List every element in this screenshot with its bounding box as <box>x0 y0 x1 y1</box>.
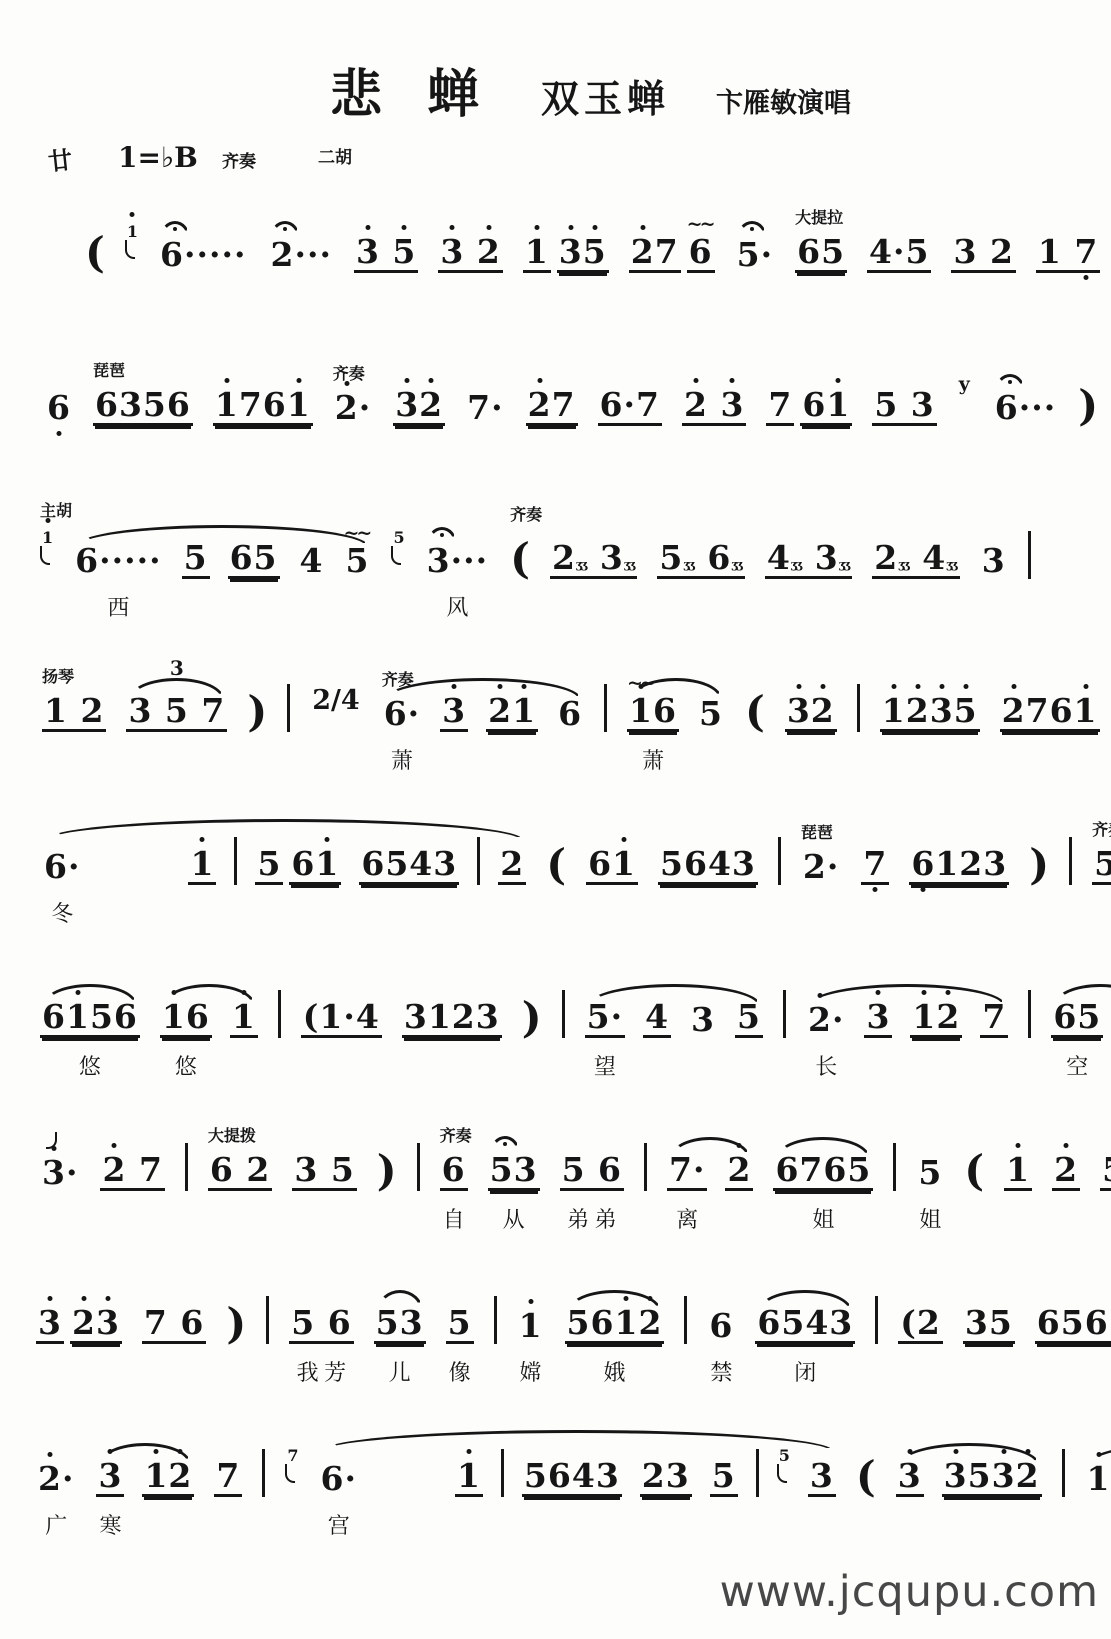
grace-note: 1 <box>125 224 138 259</box>
octave-dot-high <box>1016 1143 1021 1148</box>
note-char: 3 <box>395 390 419 420</box>
lyric-text: 悠 <box>79 1050 101 1081</box>
note-token: 4 <box>298 546 326 579</box>
tremolo-mark: ʒʒ <box>624 559 635 570</box>
tremolo-mark: ʒʒ <box>683 559 694 570</box>
note-group: 561 <box>255 849 341 885</box>
note-char: 2 <box>917 1308 941 1338</box>
note-char: 7 <box>239 390 263 420</box>
note-token: 2 <box>1052 1155 1080 1191</box>
note-char: 3 <box>898 1461 922 1491</box>
note-digits: 23 <box>70 1308 122 1344</box>
note-token: 65空 <box>1051 1002 1103 1038</box>
lyric-text: 西 <box>107 591 129 622</box>
parenthesis: ) <box>377 1153 397 1191</box>
note-group-slurred: 11321 <box>1085 1461 1111 1497</box>
note-digits: 6· <box>382 699 422 732</box>
note-token: 2 7 <box>100 1155 164 1191</box>
note-char: 6 <box>684 849 708 879</box>
note-char: 6 <box>911 849 935 879</box>
note-char: 5 <box>567 1308 591 1338</box>
note-char: 5 <box>385 849 409 879</box>
note-token: 2/4 <box>310 689 361 716</box>
octave-dot-high <box>891 684 896 689</box>
note-char: · <box>761 240 774 270</box>
note-char: 2 <box>811 696 835 726</box>
score-line-4: 扬琴1 233 5 7)2/4齐奏6·萧3216~~16萧5(321235276… <box>0 678 1111 732</box>
song-title: 悲 蝉 <box>330 52 495 127</box>
note-char: 6 <box>653 696 677 726</box>
note-digits: 5 <box>735 1002 763 1038</box>
note-token: (2 <box>898 1308 943 1344</box>
note-char: 3 <box>440 237 464 267</box>
note-char: 5 <box>291 1308 315 1338</box>
note-digits: 3 2 <box>951 237 1015 273</box>
note-char: 1 <box>614 1308 638 1338</box>
lyric-text: 娥 <box>603 1356 625 1387</box>
note-group-slurred: 6543闭 <box>755 1308 855 1344</box>
note-char: 3 <box>953 237 977 267</box>
octave-dot-high <box>325 837 330 842</box>
grace-note: 1主胡 <box>40 530 53 565</box>
note-token: (1·4 <box>301 1002 382 1038</box>
note-token: 2··· <box>268 240 333 273</box>
note-token: 32 <box>393 390 445 426</box>
note-char: · <box>476 546 489 576</box>
note-token: 3寒 <box>96 1461 124 1497</box>
note-token: 3 <box>896 1461 924 1497</box>
lyric-text: 宫 <box>328 1509 350 1540</box>
note-group-slurred: 6·冬156165432 <box>42 837 526 885</box>
note-char: 6 <box>180 1308 204 1338</box>
note-digits: 1761 <box>213 390 313 426</box>
note-char <box>168 1308 181 1338</box>
parenthesis: ) <box>522 1000 542 1038</box>
octave-dot-high <box>693 378 698 383</box>
parenthesis: ( <box>745 694 765 732</box>
note-char: 7 <box>655 237 679 267</box>
note-token: 3 5 <box>354 237 418 273</box>
lyric-text: 望 <box>594 1050 616 1081</box>
note-digits: 5 <box>710 1461 738 1497</box>
note-token: 3 2 <box>951 237 1015 273</box>
note-digits: 65 <box>795 237 847 273</box>
note-digits: 61 <box>800 390 852 426</box>
barline <box>234 837 237 885</box>
octave-dot-high <box>1011 684 1016 689</box>
note-group-slurred: 2·长3127 <box>806 1002 1008 1038</box>
parenthesis: ( <box>964 1153 984 1191</box>
note-char: 3 <box>514 1155 538 1185</box>
note-token: 1 <box>1085 1464 1111 1497</box>
note-char <box>152 696 165 726</box>
note-digits: 12 <box>142 1461 194 1497</box>
barline <box>1062 1449 1065 1497</box>
note-char: 1 <box>882 696 906 726</box>
note-char <box>898 390 911 420</box>
lyric-text: 儿 <box>389 1356 411 1387</box>
note-char: 5 <box>1077 1002 1101 1032</box>
instrument-label: 齐奏 <box>333 361 365 384</box>
note-digits: 3 5 7 <box>126 696 227 732</box>
note-char: 5 <box>737 240 761 270</box>
note-digits: 3· <box>40 1158 80 1191</box>
note-token: 齐奏6·萧 <box>382 699 422 732</box>
note-token: 5姐 <box>916 1158 944 1191</box>
note-char: · <box>832 1005 845 1035</box>
note-token: 3 <box>864 1002 892 1038</box>
note-char: 2 <box>500 849 524 879</box>
note-char <box>189 696 202 726</box>
note-char: 1 <box>215 390 239 420</box>
note-group-slurred: 6·宫1564323553 <box>318 1448 835 1497</box>
note-token: 4ʒʒ 3ʒʒ <box>765 543 852 579</box>
note-char: 2 <box>335 393 359 423</box>
note-char: 3 <box>400 1308 424 1338</box>
note-char: 5 <box>918 1158 942 1188</box>
note-char: 6 <box>210 1155 234 1185</box>
note-digits: 2· <box>333 393 373 426</box>
note-token: 5ʒʒ 6ʒʒ <box>657 543 744 579</box>
note-token: 2761 <box>1000 696 1100 732</box>
lyric-text: 长 <box>815 1050 837 1081</box>
note-char: · <box>137 546 150 576</box>
note-char: 6 <box>591 1308 615 1338</box>
octave-dot-high <box>105 1296 110 1301</box>
barline <box>1028 531 1031 579</box>
note-char: 3 <box>944 1461 968 1491</box>
note-char: 1 <box>612 849 636 879</box>
grace-note: 5 <box>777 1448 790 1483</box>
note-token: 3 <box>36 1308 64 1344</box>
note-char: 5 <box>659 543 683 573</box>
note-char <box>464 237 477 267</box>
score-line-8: 3237 6)5 6我 芳53儿5像1嫦5612娥6禁6543闭(2356561… <box>0 1290 1111 1344</box>
note-digits: 61 <box>289 849 341 885</box>
note-char: 4 <box>356 1002 380 1032</box>
lyric-text: 萧 <box>642 744 664 775</box>
note-char: 3 <box>732 849 756 879</box>
barline <box>857 684 860 732</box>
note-token: 5643 <box>522 1461 622 1497</box>
tremolo-mark: ʒʒ <box>898 559 909 570</box>
note-token: 2ʒʒ 4ʒʒ <box>872 543 959 579</box>
lyric-text: 自 <box>443 1203 465 1234</box>
parenthesis: ( <box>856 1459 876 1497</box>
note-token: 1 <box>523 237 551 273</box>
note-char: 6 <box>442 1155 466 1185</box>
note-char: 1 <box>1006 1155 1030 1185</box>
octave-dot-high <box>528 1299 533 1304</box>
note-char: 1 <box>162 1002 186 1032</box>
note-char: 6 <box>600 390 624 420</box>
note-char: 4 <box>922 543 946 573</box>
octave-dot-high <box>47 1296 52 1301</box>
note-char <box>695 543 708 573</box>
barline <box>494 1296 497 1344</box>
grace-hook-icon <box>285 1464 295 1483</box>
octave-dot-high <box>81 1296 86 1301</box>
note-char: 5 <box>165 696 189 726</box>
note-digits: 3··· <box>425 546 490 579</box>
note-token: 3· <box>40 1158 80 1191</box>
note-token: 6156悠 <box>40 1002 140 1038</box>
note-token: 5 <box>697 699 725 732</box>
note-char: 1 <box>1074 696 1098 726</box>
note-char <box>802 543 815 573</box>
note-token: 3 5 7 <box>126 696 227 732</box>
octave-dot-high <box>365 225 370 230</box>
note-char: 2 <box>808 1005 832 1035</box>
barline <box>756 1449 759 1497</box>
lyric-text: 我 芳 <box>297 1356 347 1387</box>
note-token: 6543 <box>359 849 459 885</box>
note-char: · <box>184 240 197 270</box>
note-char: 3 <box>476 1002 500 1032</box>
score-line-7: 3·2 7大提拨6 23 5)齐奏6自53从5 6弟 弟7·离26765姐5姐(… <box>0 1137 1111 1191</box>
note-digits: 6543 <box>755 1308 855 1344</box>
note-token: 5643 <box>658 849 758 885</box>
note-token: ~~6 <box>687 237 715 273</box>
note-char: 1 <box>512 696 536 726</box>
octave-dot-high <box>405 378 410 383</box>
lyric-text: 姐 <box>812 1203 834 1234</box>
note-char: 6 <box>44 852 68 882</box>
note-token: 扬琴1 2 <box>42 696 106 732</box>
note-token: 3 <box>808 1461 836 1497</box>
note-char: · <box>221 240 234 270</box>
tremolo-mark: ʒʒ <box>731 559 742 570</box>
note-char: · <box>408 699 421 729</box>
note-char: 5 <box>968 1461 992 1491</box>
note-group-slurred: 5·望435 <box>585 1002 763 1038</box>
note-digits: 6 <box>687 237 715 273</box>
note-char: 5 <box>1061 1308 1085 1338</box>
watermark-url: www.jcqupu.com <box>720 1567 1099 1617</box>
note-token: 齐奏2· <box>333 393 373 426</box>
octave-dot-high <box>817 993 822 998</box>
note-char: · <box>319 240 332 270</box>
note-char: 5 <box>490 1155 514 1185</box>
octave-dot-high <box>836 378 841 383</box>
note-digits: 7 <box>766 390 794 426</box>
note-group-slurred: 5612娥 <box>565 1308 665 1344</box>
barline <box>783 990 786 1038</box>
note-digits: 2761 <box>1000 696 1100 732</box>
note-digits: 5 <box>182 543 210 579</box>
tremolo-mark: ʒʒ <box>576 559 587 570</box>
note-digits: 5 <box>255 849 283 885</box>
note-char: 1 <box>287 390 311 420</box>
note-digits: 1 <box>188 849 216 885</box>
barline <box>417 1143 420 1191</box>
lyric-text: 嫦 <box>520 1356 542 1387</box>
barline <box>684 1296 687 1344</box>
note-char: · <box>624 390 637 420</box>
octave-dot-high <box>402 225 407 230</box>
note-token: 6123 <box>909 849 1009 885</box>
tremolo-mark: ʒʒ <box>791 559 802 570</box>
note-char: 6 <box>1037 1308 1061 1338</box>
note-char: 6 <box>558 699 582 729</box>
note-char: 5 <box>562 1155 586 1185</box>
note-char <box>380 237 393 267</box>
note-char: 4 <box>572 1461 596 1491</box>
note-digits: 5 6 <box>289 1308 353 1344</box>
note-token: 23 <box>70 1308 122 1344</box>
note-digits: 4 <box>643 1002 671 1038</box>
note-group: 135 <box>523 237 609 273</box>
note-char: 3 <box>356 237 380 267</box>
note-digits: 5612 <box>565 1308 665 1344</box>
score-line-9: 2·广3寒12776·宫1564323553(3353211321 <box>0 1443 1111 1497</box>
note-token: 7·离 <box>667 1155 707 1191</box>
octave-dot-high <box>1096 1452 1101 1457</box>
note-group-slurred: 33532 <box>896 1461 1042 1497</box>
note-token: 大提拉65 <box>795 237 847 273</box>
note-group-slurred: 齐奏6·萧3216 <box>382 696 584 732</box>
note-char: · <box>693 1155 706 1185</box>
note-digits: 2· <box>36 1464 76 1497</box>
octave-dot-high <box>522 684 527 689</box>
note-digits: 27 <box>526 390 578 426</box>
lyric-text: 风 <box>446 591 468 622</box>
note-char: 6 <box>328 1308 352 1338</box>
note-digits: 3 <box>689 1005 717 1038</box>
note-group: 761 <box>766 390 852 426</box>
note-digits: 6· <box>42 852 82 885</box>
spacer <box>100 884 170 885</box>
octave-dot-high <box>876 990 881 995</box>
octave-dot-high <box>939 684 944 689</box>
octave-dot-high <box>592 225 597 230</box>
note-token: 2 3 <box>682 390 746 426</box>
note-char: · <box>463 546 476 576</box>
instrument-label: 大提拨 <box>208 1123 256 1146</box>
note-group-slurred: 6·····西5654~~5 <box>73 543 371 579</box>
title-row: 悲 蝉 双玉蝉 卞雁敏演唱 <box>0 0 1111 127</box>
note-digits: 2ʒʒ 4ʒʒ <box>872 543 959 579</box>
note-char: 5 <box>712 1461 736 1491</box>
note-token: 1嫦 <box>517 1311 545 1344</box>
parenthesis: ( <box>546 847 566 885</box>
note-token: 琵琶2· <box>801 852 841 885</box>
note-char: y <box>959 376 971 393</box>
note-char: 3 <box>119 390 143 420</box>
instrument-label: 齐奏 <box>382 667 414 690</box>
note-char: 5 <box>874 390 898 420</box>
note-char: 6 <box>75 546 99 576</box>
note-token: 1 <box>230 1002 258 1038</box>
note-digits: 32 <box>785 696 837 732</box>
grace-digit: 1 <box>42 530 53 546</box>
note-char: 5 <box>821 237 845 267</box>
grace-digit: 7 <box>287 1448 298 1464</box>
note-token: 5像 <box>446 1308 474 1344</box>
note-token: ~~5 <box>343 546 371 579</box>
note-token: 7 <box>861 849 889 885</box>
note-digits: 6 <box>556 699 584 732</box>
note-digits: 16 <box>627 696 679 732</box>
octave-dot-high <box>1001 1449 1006 1454</box>
octave-dot-high <box>730 378 735 383</box>
note-char: 6 <box>707 543 731 573</box>
note-char: 6 <box>598 1155 622 1185</box>
parenthesis: (齐奏 <box>510 541 530 579</box>
instrument-label: 琵琶 <box>801 820 833 843</box>
note-char: 3 <box>442 696 466 726</box>
note-char: 5 <box>737 1002 761 1032</box>
instrument-label: 扬琴 <box>42 664 74 687</box>
barline <box>185 1143 188 1191</box>
grace-note: 5 <box>391 530 404 565</box>
opera-title: 双玉蝉 <box>541 68 670 123</box>
note-char: 7 <box>863 849 887 879</box>
octave-dot-high <box>963 684 968 689</box>
score-line-6: 6156悠16悠1(1·43123)5·望4352·长312765空6(1612 <box>0 984 1111 1038</box>
note-digits: 1 <box>517 1311 545 1344</box>
note-char: 2 <box>552 543 576 573</box>
note-char <box>318 1155 331 1185</box>
octave-dot-high <box>1083 684 1088 689</box>
lyric-text: 像 <box>449 1356 471 1387</box>
note-digits: 2ʒʒ 3ʒʒ <box>550 543 637 579</box>
instrument-label: 琵琶 <box>93 358 125 381</box>
note-digits: 7 <box>861 849 889 885</box>
octave-dot-high <box>796 684 801 689</box>
note-token: 27 <box>629 237 681 273</box>
note-token: 6 <box>556 699 584 732</box>
note-token: 6543闭 <box>755 1308 855 1344</box>
note-token: 3123 <box>402 1002 502 1038</box>
note-digits: 1 <box>1085 1464 1111 1497</box>
instrument-label: 主胡 <box>40 498 72 521</box>
note-char: 3 <box>982 546 1006 576</box>
note-group-slurred: 65空6 <box>1051 1002 1111 1038</box>
barline <box>477 837 480 885</box>
note-group-slurred: 53儿 <box>374 1308 426 1344</box>
octave-dot-high <box>486 225 491 230</box>
note-char: 3 <box>815 543 839 573</box>
note-digits: 3 5 <box>292 1155 356 1191</box>
note-token: 16悠 <box>160 1002 212 1038</box>
note-digits: 5 <box>697 699 725 732</box>
note-digits: 21 <box>486 696 538 732</box>
note-digits: 6· <box>318 1464 358 1497</box>
note-token: 1 <box>1004 1155 1032 1191</box>
note-token: 1 <box>455 1461 483 1497</box>
note-group: 27~~6 <box>629 237 715 273</box>
note-char: 7 <box>467 393 491 423</box>
note-token: 1761 <box>213 390 313 426</box>
note-char: 6 <box>186 1002 210 1032</box>
note-token: 齐奏5 5思 <box>1092 849 1111 885</box>
note-digits: 6····· <box>158 240 248 273</box>
note-char: 6 <box>757 1308 781 1338</box>
octave-dot-high <box>178 1449 183 1454</box>
note-digits: 1 <box>1004 1155 1032 1191</box>
note-char: 3 <box>433 849 457 879</box>
note-char: 6 <box>291 849 315 879</box>
note-token: 3 <box>689 1005 717 1038</box>
note-char: · <box>149 546 162 576</box>
note-digits: 3 <box>440 696 468 732</box>
note-token: 3 5 <box>292 1155 356 1191</box>
note-char: 1 <box>912 1002 936 1032</box>
note-char: 6 <box>320 1464 344 1494</box>
note-digits: 5 <box>343 546 371 579</box>
margin-mark: 廿 <box>46 140 74 177</box>
